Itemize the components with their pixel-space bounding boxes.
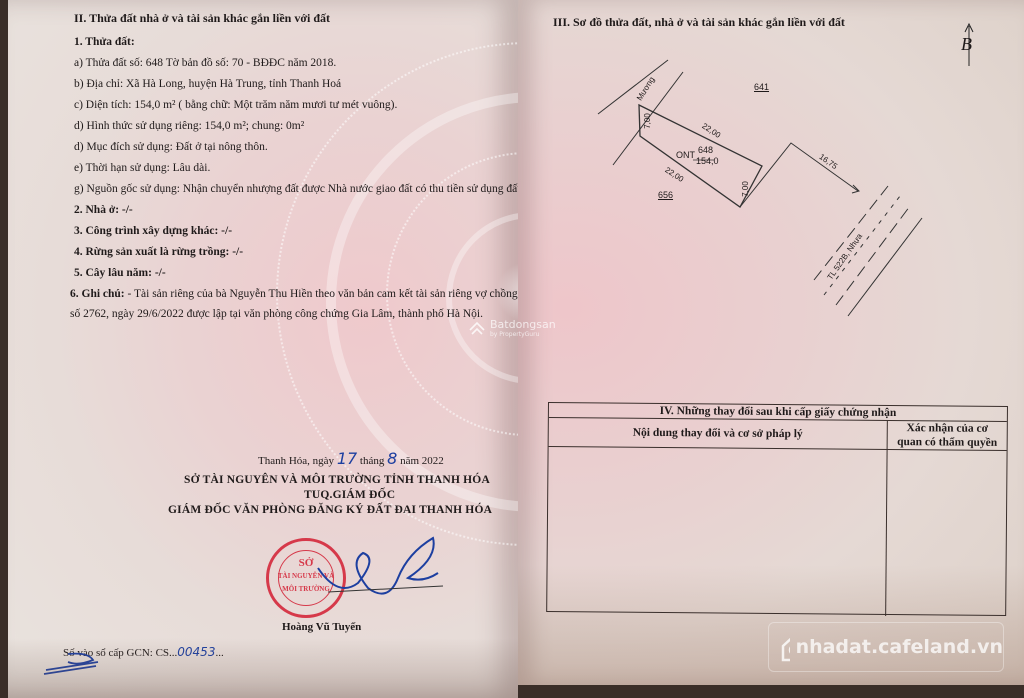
authority-department: SỞ TÀI NGUYÊN VÀ MÔI TRƯỜNG TỈNH THANH H… [184, 473, 490, 487]
cafeland-watermark: nhadat.cafeland.vn [768, 622, 1004, 672]
issue-day: 17 [337, 449, 357, 468]
address-line: b) Địa chỉ: Xã Hà Long, huyện Hà Trung, … [74, 77, 341, 91]
column-authority-confirmation: Xác nhận của cơ quan có thẩm quyền [888, 421, 1007, 450]
certificate-suffix: ... [215, 647, 223, 659]
side-right-length: 7,00 [739, 181, 753, 197]
section-ii-title: II. Thửa đất nhà ở và tài sản khác gắn l… [74, 11, 330, 25]
certificate-number: 00453 [177, 645, 215, 659]
column-authority-line-1: Xác nhận của cơ [888, 421, 1007, 436]
changes-table-header: Nội dung thay đổi và cơ sở pháp lý Xác n… [549, 418, 1007, 451]
batdongsan-watermark: Batdongsanby PropertyGuru [468, 318, 556, 338]
signature-icon [308, 528, 448, 608]
house-line: 2. Nhà ở: -/- [74, 203, 133, 217]
certificate-register-label: Số vào sổ cấp GCN: CS... [63, 647, 177, 659]
change-content-cell [547, 447, 887, 616]
issue-month: 8 [387, 449, 397, 468]
usage-term-line: e) Thời hạn sử dụng: Lâu dài. [74, 161, 210, 175]
usage-origin-line: g) Nguồn gốc sử dụng: Nhận chuyển nhượng… [74, 182, 523, 196]
land-parcel-heading: 1. Thửa đất: [74, 35, 135, 49]
issue-month-label: tháng [360, 455, 384, 467]
authority-delegate: TUQ.GIÁM ĐỐC [304, 488, 395, 502]
parcel-diagram [518, 0, 1024, 400]
issue-date: Thanh Hóa, ngày 17 tháng 8 năm 2022 [258, 452, 444, 468]
usage-purpose-line: d) Mục đích sử dụng: Đất ở tại nông thôn… [74, 140, 268, 154]
parcel-type: ONT [676, 148, 695, 162]
signer-name: Hoàng Vũ Tuyến [282, 620, 361, 634]
column-change-content: Nội dung thay đổi và cơ sở pháp lý [549, 418, 888, 449]
batdongsan-text: Batdongsan [490, 318, 556, 331]
area-line: c) Diện tích: 154,0 m² ( bằng chữ: Một t… [74, 98, 397, 112]
certificate-register-number: Số vào sổ cấp GCN: CS...00453... [63, 645, 224, 660]
usage-form-line: d) Hình thức sử dụng riêng: 154,0 m²; ch… [74, 119, 304, 133]
forest-line: 4. Rừng sản xuất là rừng trồng: -/- [74, 245, 243, 259]
batdongsan-logo-icon [468, 320, 486, 336]
cafeland-text: nhadat.cafeland.vn [796, 636, 1003, 658]
other-construction-line: 3. Công trình xây dựng khác: -/- [74, 224, 232, 238]
note-line-1: 6. Ghi chú: - Tài sản riêng của bà Nguyễ… [70, 287, 518, 301]
note-label: 6. Ghi chú: [70, 288, 125, 300]
note-line-2: số 2762, ngày 29/6/2022 được lập tại văn… [70, 307, 483, 321]
changes-table-body [547, 447, 1006, 617]
initials-icon [38, 648, 118, 678]
issue-place: Thanh Hóa, ngày [258, 455, 334, 467]
house-search-icon [779, 630, 790, 664]
batdongsan-subtext: by PropertyGuru [490, 331, 556, 338]
authority-confirmation-cell [886, 450, 1006, 617]
parcel-area: 154,0 [696, 154, 719, 168]
certificate-left-page: II. Thửa đất nhà ở và tài sản khác gắn l… [8, 0, 518, 698]
column-authority-line-2: quan có thẩm quyền [888, 435, 1007, 450]
neighbor-north-parcel: 641 [754, 80, 769, 94]
perennial-trees-line: 5. Cây lâu năm: -/- [74, 266, 166, 280]
changes-table: IV. Những thay đổi sau khi cấp giấy chứn… [546, 402, 1008, 616]
authority-office: GIÁM ĐỐC VĂN PHÒNG ĐĂNG KÝ ĐẤT ĐAI THANH… [168, 503, 492, 517]
issue-year: năm 2022 [400, 455, 444, 467]
neighbor-south-parcel: 656 [658, 188, 673, 202]
note-text-1: - Tài sản riêng của bà Nguyễn Thu Hiền t… [125, 288, 518, 300]
side-left-length: 7,00 [641, 113, 655, 129]
parcel-number-line: a) Thửa đất số: 648 Tờ bản đồ số: 70 - B… [74, 56, 336, 70]
